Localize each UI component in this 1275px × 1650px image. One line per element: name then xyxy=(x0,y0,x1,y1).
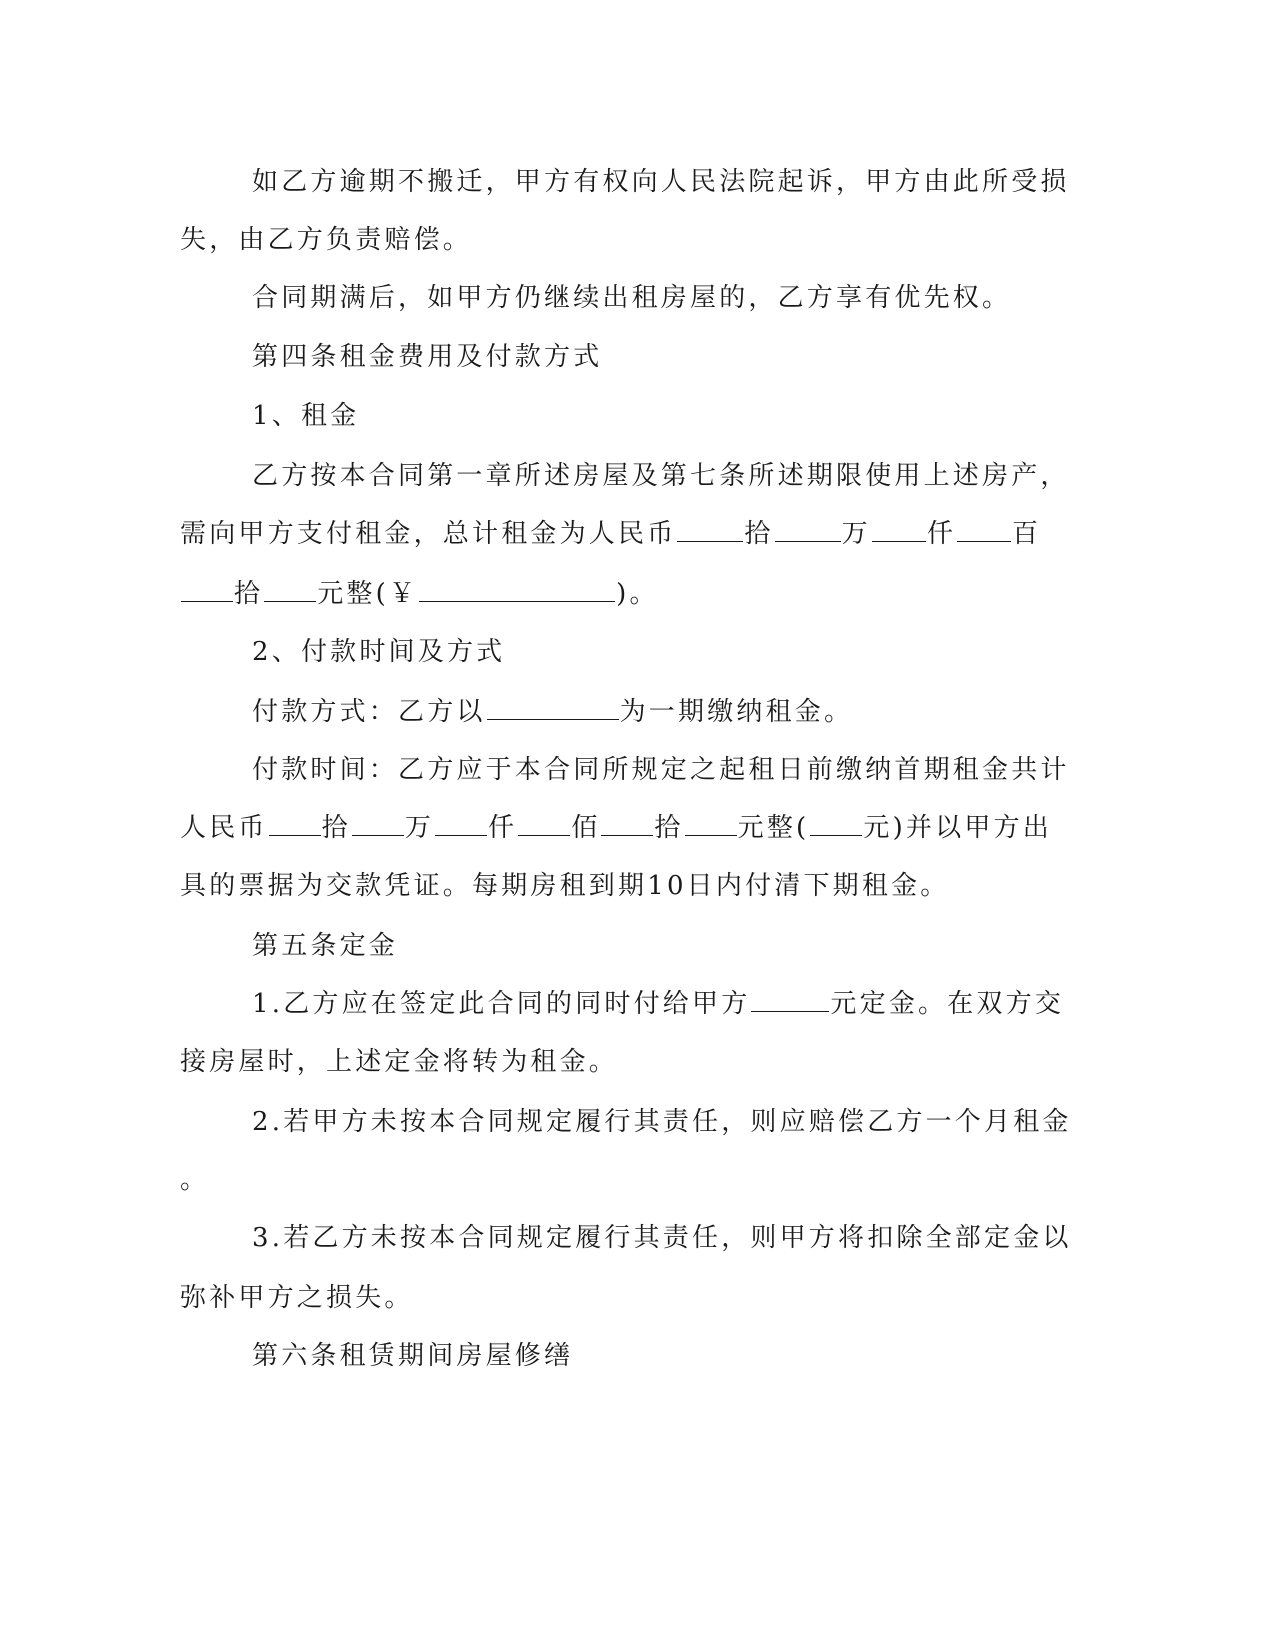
unit: 百 xyxy=(1012,519,1041,549)
subheading-rent: 1、租金 xyxy=(252,400,359,432)
unit: 元整( xyxy=(738,813,810,843)
blank-field xyxy=(677,519,743,542)
unit: 万 xyxy=(405,813,434,843)
unit: 拾 xyxy=(744,519,773,549)
text: )。 xyxy=(616,579,659,609)
blank-field xyxy=(181,579,233,602)
rent-total-line-2: 拾元整(￥)。 xyxy=(180,578,659,610)
payment-time-line: 付款时间：乙方应于本合同所规定之起租日前缴纳首期租金共计 xyxy=(252,754,1070,786)
blank-field xyxy=(775,519,841,542)
blank-field xyxy=(264,579,316,602)
section-heading-article-4: 第四条租金费用及付款方式 xyxy=(252,341,602,373)
paragraph-line: 失，由乙方负责赔偿。 xyxy=(180,224,472,256)
text: 1.乙方应在签定此合同的同时付给甲方 xyxy=(252,989,750,1019)
text: 人民币 xyxy=(180,813,268,843)
unit: 拾 xyxy=(654,813,683,843)
unit: 拾 xyxy=(322,813,351,843)
deposit-clause-1: 1.乙方应在签定此合同的同时付给甲方元定金。在双方交 xyxy=(252,988,1064,1020)
blank-field xyxy=(518,813,570,836)
text: 为一期缴纳租金。 xyxy=(620,697,854,727)
unit: 仟 xyxy=(927,519,956,549)
blank-field xyxy=(419,579,615,602)
subheading-payment: 2、付款时间及方式 xyxy=(252,636,505,668)
blank-field xyxy=(435,813,487,836)
blank-field xyxy=(269,813,321,836)
unit: 万 xyxy=(842,519,871,549)
unit: 元整(￥ xyxy=(317,579,418,609)
deposit-clause-3: 3.若乙方未按本合同规定履行其责任，则甲方将扣除全部定金以 xyxy=(252,1222,1072,1254)
unit: 佰 xyxy=(571,813,600,843)
text: 需向甲方支付租金，总计租金为人民币 xyxy=(180,519,676,549)
blank-field xyxy=(751,989,829,1012)
deposit-clause-1-cont: 接房屋时，上述定金将转为租金。 xyxy=(180,1046,618,1078)
section-heading-article-6: 第六条租赁期间房屋修缮 xyxy=(252,1340,573,1372)
payment-method-line: 付款方式：乙方以为一期缴纳租金。 xyxy=(252,696,853,728)
deposit-clause-2-cont: 。 xyxy=(180,1164,209,1196)
blank-field xyxy=(601,813,653,836)
deposit-clause-2: 2.若甲方未按本合同规定履行其责任，则应赔偿乙方一个月租金 xyxy=(252,1106,1072,1138)
payment-time-line-2: 人民币拾万仟佰拾元整(元)并以甲方出 xyxy=(180,812,1052,844)
blank-field xyxy=(810,813,862,836)
blank-field xyxy=(957,519,1011,542)
section-heading-article-5: 第五条定金 xyxy=(252,930,398,962)
document-page: 如乙方逾期不搬迁，甲方有权向人民法院起诉，甲方由此所受损 失，由乙方负责赔偿。 … xyxy=(0,0,1275,1650)
paragraph-line: 如乙方逾期不搬迁，甲方有权向人民法院起诉，甲方由此所受损 xyxy=(252,166,1070,198)
text: 付款方式：乙方以 xyxy=(252,697,486,727)
blank-field xyxy=(487,697,619,720)
deposit-clause-3-cont: 弥补甲方之损失。 xyxy=(180,1282,414,1314)
unit: 拾 xyxy=(234,579,263,609)
paragraph-line: 乙方按本合同第一章所述房屋及第七条所述期限使用上述房产， xyxy=(252,460,1070,492)
payment-time-line-3: 具的票据为交款凭证。每期房租到期10日内付清下期租金。 xyxy=(180,870,950,902)
paragraph-line: 合同期满后，如甲方仍继续出租房屋的，乙方享有优先权。 xyxy=(252,282,1011,314)
text: 元)并以甲方出 xyxy=(863,813,1052,843)
unit: 仟 xyxy=(488,813,517,843)
blank-field xyxy=(352,813,404,836)
rent-total-line: 需向甲方支付租金，总计租金为人民币拾万仟百 xyxy=(180,518,1041,550)
blank-field xyxy=(872,519,926,542)
blank-field xyxy=(685,813,737,836)
text: 元定金。在双方交 xyxy=(830,989,1064,1019)
